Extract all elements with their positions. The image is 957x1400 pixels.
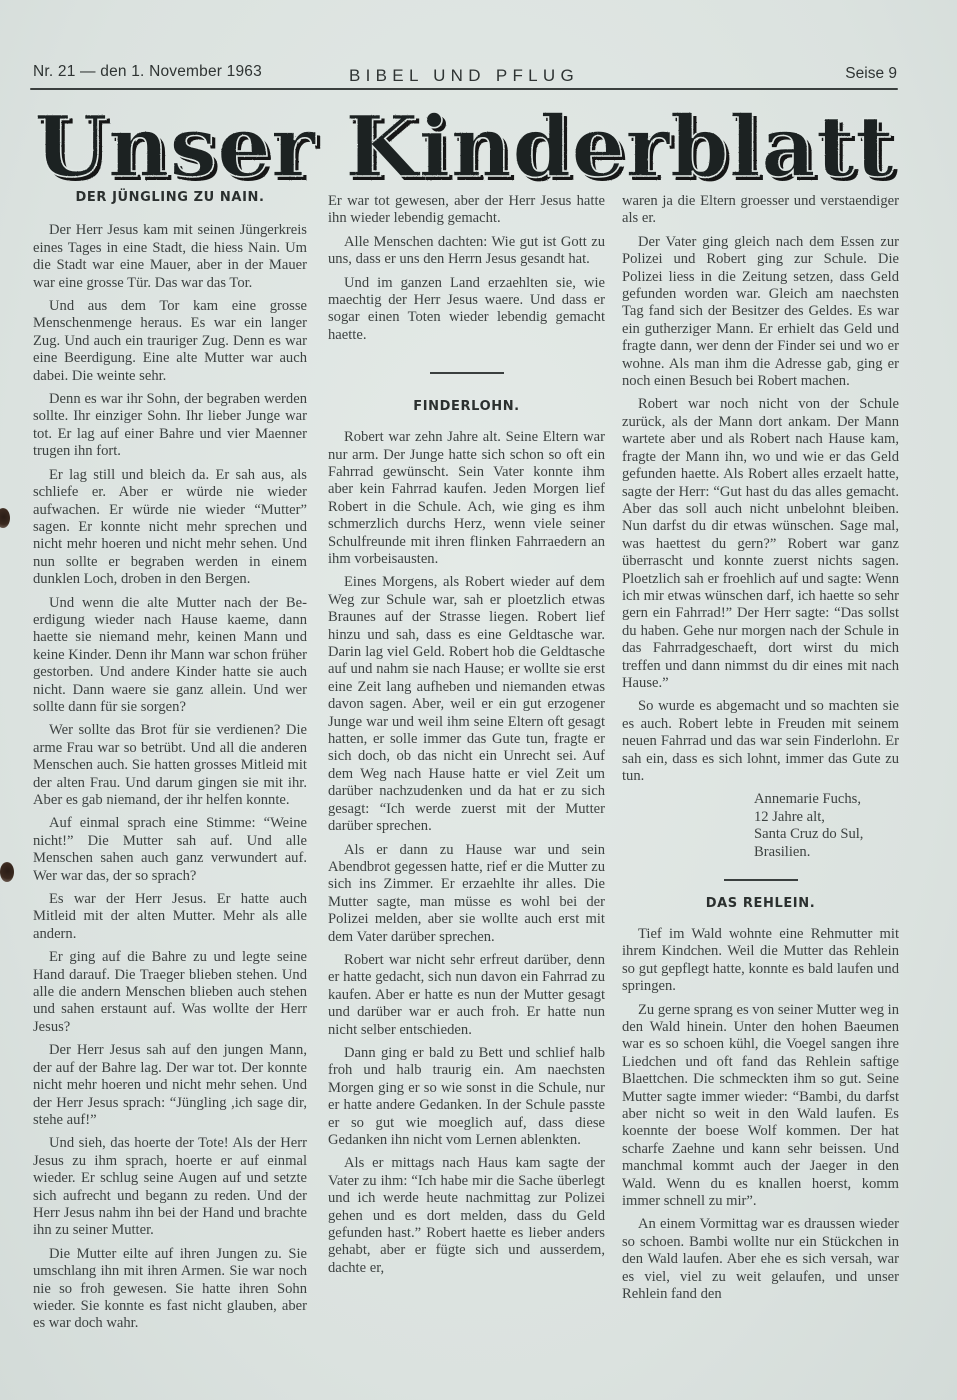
newspaper-page: Nr. 21 — den 1. November 1963 BIBEL UND … [0, 0, 957, 1400]
punch-hole [0, 862, 14, 882]
signature-line: Santa Cruz do Sul, [754, 826, 899, 843]
story-paragraph: Er ging auf die Bahre zu und legte seine… [33, 949, 307, 1036]
story-paragraph: waren ja die Eltern groesser und ver­sta… [622, 193, 899, 228]
column-3: waren ja die Eltern groesser und ver­sta… [622, 193, 899, 1309]
story-paragraph: Der Herr Jesus kam mit seinen Jünger­kre… [33, 222, 307, 292]
publication-name: BIBEL UND PFLUG [349, 66, 579, 86]
story-paragraph: Und im ganzen Land erzaehlten sie, wie m… [328, 275, 605, 345]
page-header: Nr. 21 — den 1. November 1963 BIBEL UND … [33, 62, 901, 86]
story-paragraph: Auf einmal sprach eine Stimme: “Wei­ne n… [33, 815, 307, 885]
masthead: Unser Kinderblatt Unser Kinderblatt [30, 98, 900, 184]
column-1: DER JÜNGLING ZU NAIN. Der Herr Jesus kam… [33, 186, 307, 1339]
story-paragraph: Der Herr Jesus sah auf den jungen Mann, … [33, 1042, 307, 1129]
story-paragraph: Er lag still und bleich da. Er sah aus, … [33, 467, 307, 589]
masthead-title: Unser Kinderblatt Unser Kinderblatt [30, 98, 900, 184]
issue-date: Nr. 21 — den 1. November 1963 [33, 63, 262, 81]
story-paragraph: So wurde es abgemacht und so mach­ten si… [622, 698, 899, 785]
signature-line: 12 Jahre alt, [754, 809, 899, 826]
story-paragraph: Robert war noch nicht von der Schule zur… [622, 396, 899, 692]
story-paragraph: Er war tot gewesen, aber der Herr Jesus … [328, 193, 605, 228]
signature-line: Brasilien. [754, 844, 899, 861]
story-paragraph: Robert war zehn Jahre alt. Seine El­tern… [328, 429, 605, 568]
story-paragraph: Und wenn die alte Mutter nach der Be­erd… [33, 595, 307, 717]
story-title-nain: DER JÜNGLING ZU NAIN. [33, 189, 307, 206]
story-paragraph: Dann ging er bald zu Bett und schlief ha… [328, 1045, 605, 1149]
story-paragraph: Tief im Wald wohnte eine Rehmutter mit i… [622, 926, 899, 996]
story-paragraph: Und aus dem Tor kam eine grosse Menschen… [33, 298, 307, 385]
story-paragraph: Als er dann zu Hause war und sein Abendb… [328, 842, 605, 946]
story-paragraph: Und sieh, das hoerte der Tote! Als der H… [33, 1135, 307, 1239]
story-paragraph: An einem Vormittag war es draussen wiede… [622, 1216, 899, 1303]
svg-text:Unser Kinderblatt: Unser Kinderblatt [34, 97, 894, 196]
story-title-finderlohn: FINDERLOHN. [328, 398, 605, 415]
header-rule [30, 88, 898, 90]
story-divider [430, 372, 504, 374]
story-divider [724, 879, 798, 881]
story-paragraph: Zu gerne sprang es von seiner Mutter weg… [622, 1002, 899, 1211]
story-paragraph: Eines Morgens, als Robert wieder auf dem… [328, 574, 605, 835]
story-paragraph: Der Vater ging gleich nach dem Essen zur… [622, 234, 899, 391]
story-paragraph: Als er mittags nach Haus kam sagte der V… [328, 1155, 605, 1277]
story-paragraph: Es war der Herr Jesus. Er hatte auch Mit… [33, 891, 307, 943]
signature-line: Annemarie Fuchs, [754, 791, 899, 808]
story-paragraph: Denn es war ihr Sohn, der begraben werde… [33, 391, 307, 461]
story-paragraph: Alle Menschen dachten: Wie gut ist Gott … [328, 234, 605, 269]
story-paragraph: Die Mutter eilte auf ihren Jungen zu. Si… [33, 1246, 307, 1333]
page-number: Seise 9 [845, 65, 897, 83]
story-paragraph: Robert war nicht sehr erfreut darüber, d… [328, 952, 605, 1039]
story-paragraph: Wer sollte das Brot für sie verdienen? D… [33, 722, 307, 809]
punch-hole [0, 508, 10, 528]
author-signature: Annemarie Fuchs, 12 Jahre alt, Santa Cru… [754, 791, 899, 861]
column-2: Er war tot gewesen, aber der Herr Jesus … [328, 193, 605, 1283]
story-title-rehlein: DAS REHLEIN. [622, 895, 899, 912]
